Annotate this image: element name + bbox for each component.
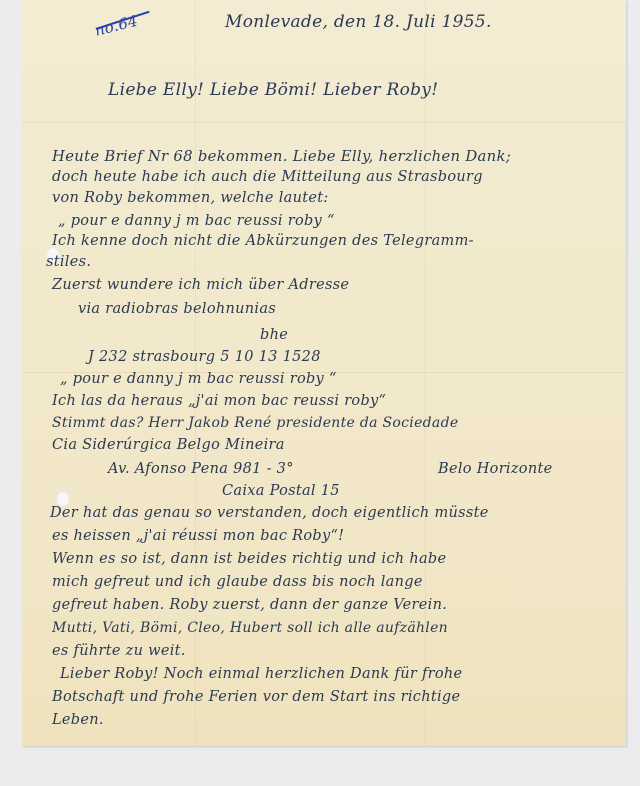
letter-line: Zuerst wundere ich mich über Adresse <box>52 277 349 293</box>
letter-line: Leben. <box>52 712 104 728</box>
letter-line: Lieber Roby! Noch einmal herzlichen Dank… <box>60 666 462 682</box>
letter-line: bhe <box>260 327 288 343</box>
letter-line: via radiobras belohnunias <box>78 301 276 317</box>
letter-line: Belo Horizonte <box>438 461 552 477</box>
letter-line: Cia Siderúrgica Belgo Mineira <box>52 437 285 453</box>
letter-dateline: Monlevade, den 18. Juli 1955. <box>225 12 492 32</box>
letter-line: mich gefreut und ich glaube dass bis noc… <box>52 574 423 590</box>
letter-line: es führte zu weit. <box>52 643 186 659</box>
letter-line: „ pour e danny j m bac reussi roby “ <box>60 371 337 387</box>
letter-line: Wenn es so ist, dann ist beides richtig … <box>52 551 446 567</box>
letter-line: Ich las da heraus „j'ai mon bac reussi r… <box>52 393 386 409</box>
letter-line: gefreut haben. Roby zuerst, dann der gan… <box>52 597 447 613</box>
letter-line: „ pour e danny j m bac reussi roby “ <box>58 213 335 229</box>
letter-line: J 232 strasbourg 5 10 13 1528 <box>88 349 321 365</box>
scanned-letter: no.64 Monlevade, den 18. Juli 1955. Lieb… <box>0 0 640 786</box>
paper-fold-line <box>22 122 626 123</box>
letter-line: von Roby bekommen, welche lautet: <box>52 190 329 206</box>
letter-line: Caixa Postal 15 <box>222 483 340 499</box>
letter-line: Av. Afonso Pena 981 - 3° <box>108 461 294 477</box>
letter-line: Heute Brief Nr 68 bekommen. Liebe Elly, … <box>52 148 511 165</box>
letter-salutation: Liebe Elly! Liebe Bömi! Lieber Roby! <box>108 80 438 100</box>
letter-line: stiles. <box>46 254 91 270</box>
letter-line: doch heute habe ich auch die Mitteilung … <box>52 169 483 185</box>
letter-line: Der hat das genau so verstanden, doch ei… <box>50 505 489 521</box>
letter-line: Ich kenne doch nicht die Abkürzungen des… <box>52 233 474 249</box>
letter-line: Botschaft und frohe Ferien vor dem Start… <box>52 689 460 705</box>
letter-line: es heissen „j'ai réussi mon bac Roby“! <box>52 528 344 544</box>
letter-line: Mutti, Vati, Bömi, Cleo, Hubert soll ich… <box>52 620 448 636</box>
letter-line: Stimmt das? Herr Jakob René presidente d… <box>52 415 458 431</box>
